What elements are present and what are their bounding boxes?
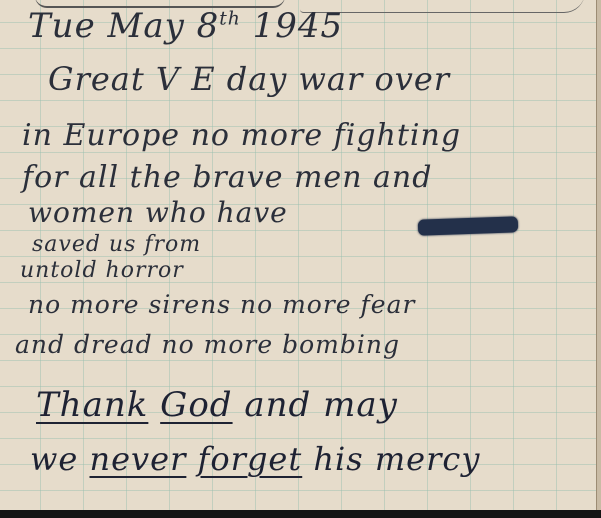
struck-out-word (418, 216, 518, 235)
text-his-mercy: his mercy (302, 440, 480, 478)
date-year: 1945 (241, 6, 343, 46)
diary-line-2: Great V E day war over (48, 60, 450, 98)
word-thank: Thank (36, 385, 148, 425)
diary-line-3: in Europe no more fighting (22, 118, 461, 153)
space (148, 385, 160, 425)
page-edge (596, 0, 601, 510)
word-forget: forget (198, 440, 303, 478)
diary-line-4: for all the brave men and (22, 160, 432, 195)
diary-line-8: no more sirens no more fear (28, 290, 415, 319)
word-god: God (160, 385, 232, 425)
diary-line-11: we never forget his mercy (30, 440, 480, 478)
bottom-shadow (0, 510, 601, 518)
date-text: Tue May 8 (28, 6, 219, 46)
diary-line-9: and dread no more bombing (15, 330, 400, 359)
diary-page: Tue May 8th 1945 Great V E day war over … (0, 0, 601, 510)
text-and-may: and may (233, 385, 398, 425)
date-suffix: th (219, 9, 241, 30)
diary-line-7: untold horror (20, 258, 184, 283)
diary-line-5: women who have (28, 196, 288, 229)
diary-line-6: saved us from (32, 232, 201, 257)
word-we: we (30, 440, 90, 478)
space (186, 440, 197, 478)
date-line: Tue May 8th 1945 (28, 6, 343, 46)
word-never: never (90, 440, 187, 478)
diary-line-10: Thank God and may (36, 385, 398, 425)
